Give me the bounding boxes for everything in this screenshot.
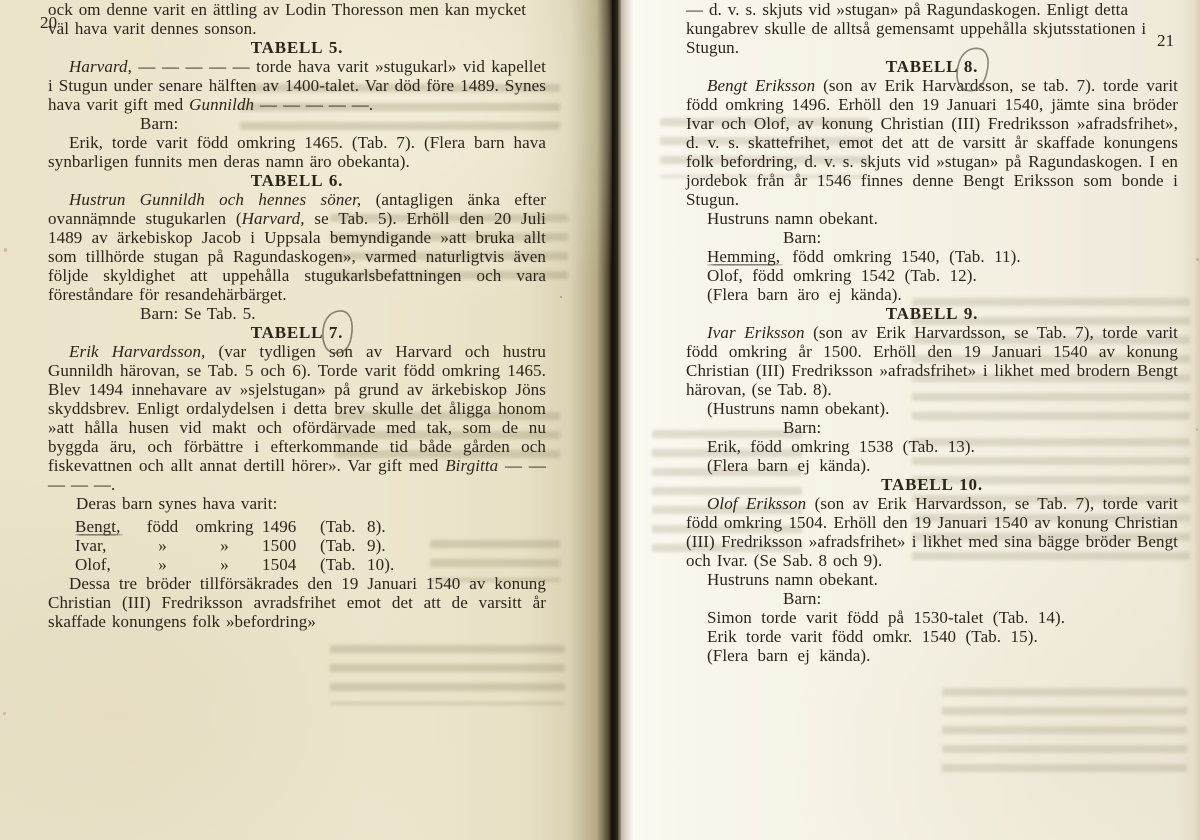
- barn-label-text: Barn:: [783, 228, 821, 247]
- child-tab-ref: (Tab. 9).: [310, 536, 546, 555]
- child-row-olof: Olof,»»1504(Tab. 10).: [48, 555, 546, 574]
- bleed-through-ghost: [330, 645, 565, 705]
- children-note: (Flera barn ej kända).: [686, 456, 1178, 475]
- child-line-text: Erik torde varit född omkr. 1540 (Tab. 1…: [707, 627, 1038, 646]
- hustru-line: (Hustruns namn obekant).: [686, 399, 1178, 418]
- hustru-text: Hustruns namn obekant.: [707, 209, 878, 228]
- person-name-olof-eriksson: Olof Eriksson: [707, 494, 806, 513]
- person-name-ivar-eriksson: Ivar Eriksson: [707, 323, 805, 342]
- tabell-10-title: TABELL 10.: [881, 475, 983, 494]
- scan-speck: [4, 248, 7, 252]
- person-name-birgitta: Birgitta: [445, 456, 498, 475]
- ditto-mark: »: [187, 536, 262, 555]
- tabell-6-heading: TABELL 6.: [48, 171, 546, 190]
- person-name-erik-harvardsson: Erik Harvardsson,: [69, 342, 205, 361]
- scan-speck: [1196, 258, 1199, 261]
- person-name-gunnildh: Gunnildh: [189, 95, 254, 114]
- child-circa-word: omkring: [187, 517, 262, 536]
- children-note-text: (Flera barn ej kända).: [707, 646, 871, 665]
- tabell-8-title: TABELL 8.: [886, 57, 978, 76]
- tabell-7-paragraph: Erik Harvardsson, (var tydligen son av H…: [48, 342, 546, 494]
- child-row-bengt: Bengt,föddomkring1496(Tab. 8).: [48, 517, 546, 536]
- tabell-5-paragraph: Harvard, — — — — — torde hava varit »stu…: [48, 57, 546, 114]
- tabell-10-heading: TABELL 10.: [686, 475, 1178, 494]
- children-note-text: (Flera barn äro ej kända).: [707, 285, 902, 304]
- hustru-text: Hustruns namn obekant.: [707, 570, 878, 589]
- tabell-9-title: TABELL 9.: [886, 304, 978, 323]
- tabell-6-paragraph: Hustrun Gunnildh och hennes söner, (anta…: [48, 190, 546, 304]
- deras-barn-line: Deras barn synes hava varit:: [48, 494, 546, 513]
- bleed-through-ghost: [942, 688, 1187, 776]
- ditto-mark: »: [138, 536, 187, 555]
- tabell-8-paragraph: Bengt Eriksson (son av Erik Harvardsson,…: [686, 76, 1178, 209]
- barn-label-text: Barn:: [783, 589, 821, 608]
- barn-label: Barn:: [48, 114, 546, 133]
- barn-see-tab-text: Barn: Se Tab. 5.: [140, 304, 256, 323]
- child-name: Bengt,: [75, 517, 138, 536]
- barn-see-tab-line: Barn: Se Tab. 5.: [48, 304, 546, 323]
- ditto-mark: »: [138, 555, 187, 574]
- scan-speck: [560, 296, 562, 298]
- tabell-5-text-tail: — — — — —.: [254, 95, 373, 114]
- tabell-8-heading: TABELL 8.: [686, 57, 1178, 76]
- intro-text: — d. v. s. skjuts vid »stugan» på Ragund…: [686, 0, 1146, 57]
- pencil-underline-hemming: Hemming,: [707, 247, 783, 266]
- child-line-simon: Simon torde varit född på 1530-talet (Ta…: [686, 608, 1178, 627]
- child-year: 1500: [262, 536, 310, 555]
- person-name-harvard: Harvard,: [69, 57, 132, 76]
- hustru-line: Hustruns namn obekant.: [686, 209, 1178, 228]
- page-right: 21 — d. v. s. skjuts vid »stugan» på Rag…: [612, 0, 1200, 840]
- tabell-5-title: TABELL 5.: [251, 38, 343, 57]
- book-scan: { "left": { "page_number": "20", "intro"…: [0, 0, 1200, 840]
- child-born-word: född: [138, 517, 187, 536]
- child-year: 1496: [262, 517, 310, 536]
- ditto-mark: »: [187, 555, 262, 574]
- barn-label-text: Barn:: [783, 418, 821, 437]
- person-name-hustrun-gunnildh: Hustrun Gunnildh och hennes söner,: [69, 190, 361, 209]
- tabell-5-heading: TABELL 5.: [48, 38, 546, 57]
- scan-speck: [1196, 428, 1198, 431]
- tabell-9-heading: TABELL 9.: [686, 304, 1178, 323]
- child-line-erik: Erik torde varit född omkr. 1540 (Tab. 1…: [686, 627, 1178, 646]
- scan-speck: [505, 84, 507, 86]
- tabell-5-children: Erik, torde varit född omkring 1465. (Ta…: [48, 133, 546, 171]
- deras-barn-text: Deras barn synes hava varit:: [76, 494, 277, 513]
- intro-paragraph: ock om denne varit en ättling av Lodin T…: [48, 0, 546, 38]
- intro-paragraph: — d. v. s. skjuts vid »stugan» på Ragund…: [686, 0, 1178, 57]
- children-list: Bengt,föddomkring1496(Tab. 8). Ivar,»»15…: [48, 517, 546, 574]
- tabell-8-text: (son av Erik Harvardsson, se tab. 7). to…: [686, 76, 1178, 209]
- tabell-7-closing-text: Dessa tre bröder tillförsäkrades den 19 …: [48, 574, 546, 631]
- person-name-harvard-ref: Harvard,: [242, 209, 305, 228]
- tabell-7-title: TABELL 7.: [251, 323, 343, 342]
- scan-speck: [3, 712, 6, 715]
- pencil-underline-bengt: Bengt,: [75, 517, 123, 536]
- child-name: Ivar,: [75, 536, 138, 555]
- child-line-olof: Olof, född omkring 1542 (Tab. 12).: [686, 266, 1178, 285]
- child-tab-ref: (Tab. 10).: [310, 555, 546, 574]
- child-year: 1504: [262, 555, 310, 574]
- child-line-text: Simon torde varit född på 1530-talet (Ta…: [707, 608, 1065, 627]
- child-entry: Erik, torde varit född omkring 1465. (Ta…: [48, 133, 546, 171]
- barn-label: Barn:: [686, 228, 1178, 247]
- child-line-hemming: Hemming, född omkring 1540, (Tab. 11).: [686, 247, 1178, 266]
- scan-speck: [99, 223, 102, 226]
- barn-label: Barn:: [686, 418, 1178, 437]
- child-line-rest: född omkring 1540, (Tab. 11).: [783, 247, 1021, 266]
- page-left: 20 ock om denne varit en ättling av Lodi…: [0, 0, 612, 840]
- children-note-text: (Flera barn ej kända).: [707, 456, 871, 475]
- child-line-erik: Erik, född omkring 1538 (Tab. 13).: [686, 437, 1178, 456]
- scan-speck: [760, 104, 763, 106]
- person-name-bengt-eriksson: Bengt Eriksson: [707, 76, 815, 95]
- tabell-7-heading: TABELL 7.: [48, 323, 546, 342]
- tabell-6-title: TABELL 6.: [251, 171, 343, 190]
- child-line-text: Erik, född omkring 1538 (Tab. 13).: [707, 437, 975, 456]
- barn-label: Barn:: [686, 589, 1178, 608]
- child-tab-ref: (Tab. 8).: [310, 517, 546, 536]
- hustru-line: Hustruns namn obekant.: [686, 570, 1178, 589]
- tabell-7-closing-paragraph: Dessa tre bröder tillförsäkrades den 19 …: [48, 574, 546, 631]
- child-line-text: Olof, född omkring 1542 (Tab. 12).: [707, 266, 977, 285]
- child-row-ivar: Ivar,»»1500(Tab. 9).: [48, 536, 546, 555]
- child-name: Olof,: [75, 555, 138, 574]
- tabell-9-paragraph: Ivar Eriksson (son av Erik Harvardsson, …: [686, 323, 1178, 399]
- children-note: (Flera barn ej kända).: [686, 646, 1178, 665]
- intro-text: ock om denne varit en ättling av Lodin T…: [48, 0, 526, 38]
- tabell-10-paragraph: Olof Eriksson (son av Erik Harvardsson, …: [686, 494, 1178, 570]
- hustru-text: (Hustruns namn obekant).: [707, 399, 889, 418]
- barn-label-text: Barn:: [140, 114, 178, 133]
- children-note: (Flera barn äro ej kända).: [686, 285, 1178, 304]
